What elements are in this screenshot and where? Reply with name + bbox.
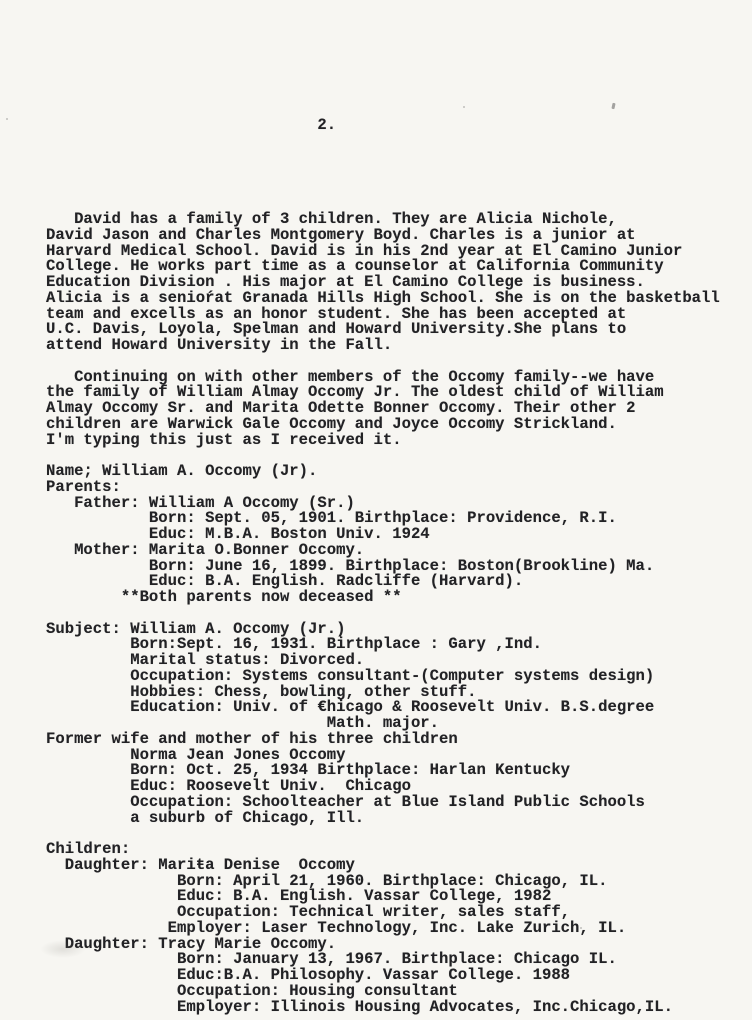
record-former-wife: Former wife and mother of his three chil… [46,732,720,827]
typed-line: a suburb of Chicago, Ill. [46,811,720,827]
scanned-typewritten-page: 2. David has a family of 3 children. The… [0,0,752,1020]
typed-line: I'm typing this just as I received it. [46,433,720,449]
typed-line: attend Howard University in the Fall. [46,338,720,354]
typed-line: Name; William A. Occomy (Jr). [46,464,720,480]
scan-artifact [6,118,8,120]
record-subject: Subject: William A. Occomy (Jr.) Born:Se… [46,622,720,732]
record-children: Children: Daughter: Mariŧa Denise Occomy… [46,842,720,1015]
typed-line [46,826,720,842]
record-name-and-parents: Name; William A. Occomy (Jr).Parents: Fa… [46,464,720,606]
document-body: 2. David has a family of 3 children. The… [46,86,720,1015]
page-number: 2. [46,118,720,134]
typed-line: Employer: Illinois Housing Advocates, In… [46,1000,720,1016]
typed-line: **Both parents now deceased ** [46,590,720,606]
paragraph-david-family: David has a family of 3 children. They a… [46,212,720,354]
paragraph-occomy-family-intro: Continuing on with other members of the … [46,370,720,449]
